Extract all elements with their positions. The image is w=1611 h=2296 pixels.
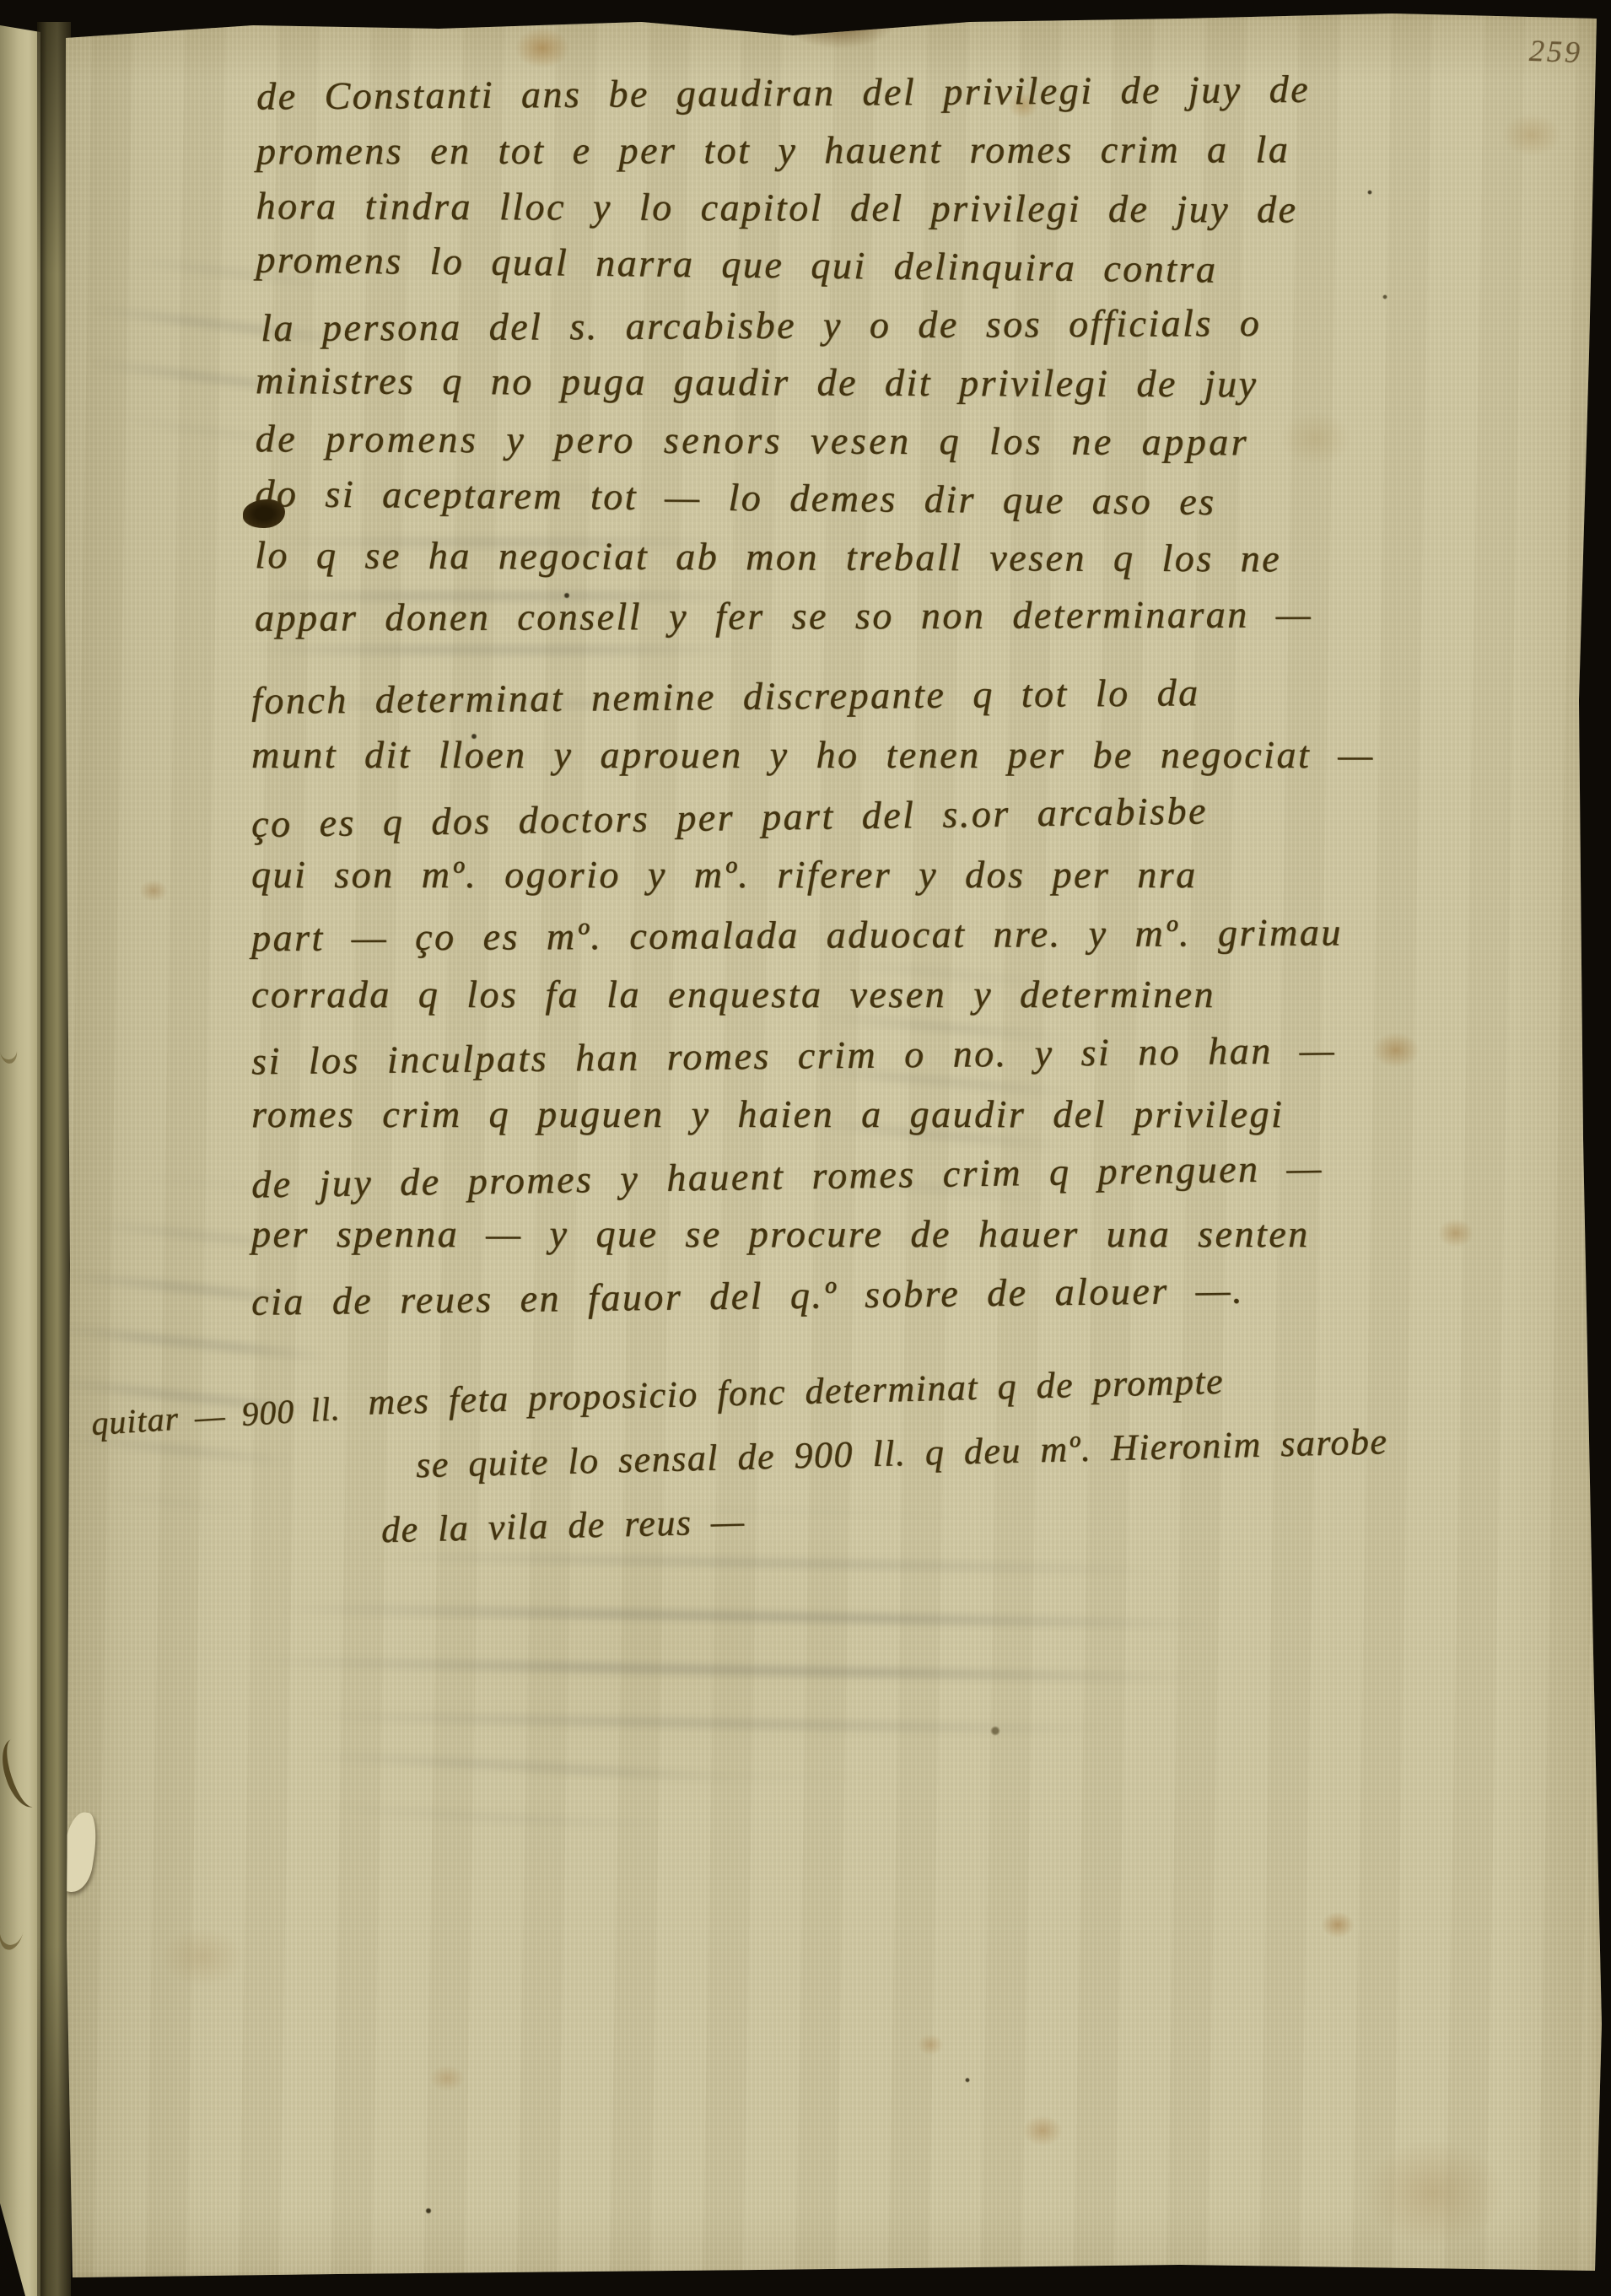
manuscript-line: fonch determinat nemine discrepante q to…	[251, 659, 1602, 730]
manuscript-line: per spenna — y que se procure de hauer u…	[251, 1204, 1601, 1264]
manuscript-line: hora tindra lloc y lo capitol del privil…	[256, 176, 1597, 240]
ink-mark	[0, 1037, 19, 1064]
paragraph-2: fonch determinat nemine discrepante q to…	[251, 665, 1601, 1323]
previous-page-edge	[0, 0, 40, 2296]
scanned-manuscript-photo: 259 de Constanti ans be gaudiran del pri…	[0, 0, 1611, 2296]
paragraph-1: de Constanti ans be gaudiran del privile…	[255, 60, 1598, 647]
manuscript-line: romes crim q puguen y haien a gaudir del…	[251, 1084, 1601, 1144]
manuscript-line: promens en tot e per tot y hauent romes …	[256, 120, 1598, 181]
manuscript-line: la persona del s. arcabisbe y o de sos o…	[261, 292, 1602, 357]
manuscript-line: lo q se ha negociat ab mon treball vesen…	[255, 525, 1596, 589]
manuscript-line: de juy de promes y hauent romes crim q p…	[251, 1133, 1602, 1214]
manuscript-line: cia de reues en fauor del q.º sobre de a…	[251, 1255, 1602, 1332]
manuscript-line: de promens y pero senors vesen q los ne …	[256, 409, 1597, 472]
manuscript-line: part — ço es mº. comalada aduocat nre. y…	[251, 901, 1601, 967]
manuscript-line: si los inculpats han romes crim o no. y …	[251, 1017, 1602, 1091]
manuscript-line: do si aceptarem tot — lo demes dir que a…	[255, 464, 1597, 534]
manuscript-line: de Constanti ans be gaudiran del privile…	[256, 57, 1598, 125]
manuscript-line: appar donen consell y fer se so non dete…	[255, 584, 1596, 647]
manuscript-line: corrada q los fa la enquesta vesen y det…	[251, 964, 1601, 1024]
manuscript-page: 259 de Constanti ans be gaudiran del pri…	[0, 0, 1611, 2296]
manuscript-line: promens lo qual narra que qui delinquira…	[256, 230, 1598, 303]
resolution-paragraph: mes feta proposicio fonc determinat q de…	[367, 1342, 1518, 1562]
manuscript-line: qui son mº. ogorio y mº. riferer y dos p…	[251, 844, 1601, 904]
show-through-smudge	[294, 1717, 735, 1842]
manuscript-line: munt dit lloen y aprouen y ho tenen per …	[251, 725, 1601, 784]
manuscript-line: ministres q no puga gaudir de dit privil…	[256, 351, 1597, 414]
manuscript-line: ço es q dos doctors per part del s.or ar…	[251, 775, 1602, 854]
ink-mark	[0, 1906, 28, 1953]
